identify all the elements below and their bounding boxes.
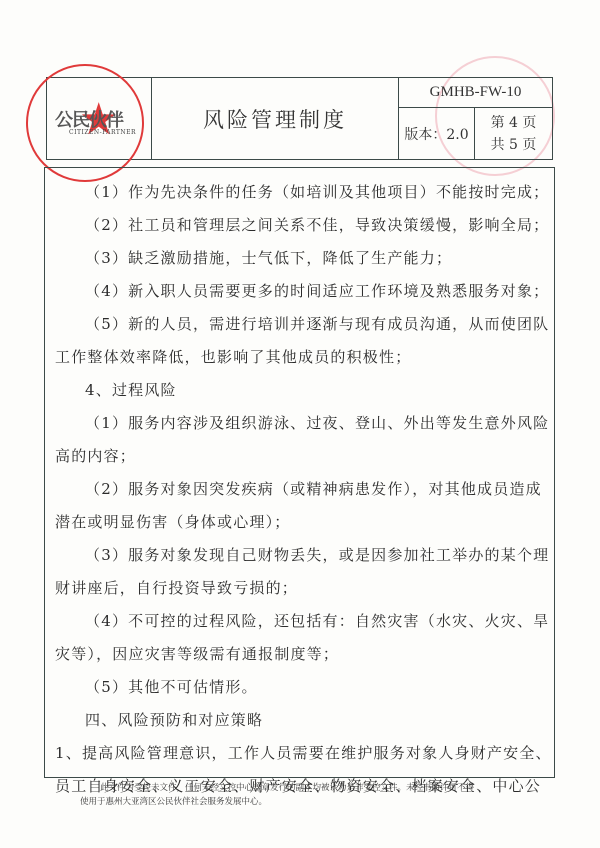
body-line: （3）缺乏激励措施，士气低下，降低了生产能力； [55,242,544,275]
body-line: 高的内容； [55,440,544,473]
official-seal-stamp [26,64,144,182]
body-line: （4）不可控的过程风险，还包括有：自然灾害（水灾、火灾、旱 [55,605,544,638]
body-line: （2）社工员和管理层之间关系不佳，导致决策缓慢，影响全局； [55,209,544,242]
body-line: （2）服务对象因突发疾病（或精神病患发作），对其他成员造成 [55,473,544,506]
document-code: GMHB-FW-10 [399,78,552,108]
document-title: 风险管理制度 [152,78,399,159]
body-line: （1）服务内容涉及组织游泳、过夜、登山、外出等发生意外风险 [55,407,544,440]
document-version: 版本：2.0 [399,108,475,159]
page-current: 第 4 页 [491,112,537,134]
footer-line-2: 使用于惠州大亚湾区公民伙伴社会服务发展中心。 [80,795,520,809]
body-line: （1）作为先决条件的任务（如培训及其他项目）不能按时完成； [55,176,544,209]
body-line: （5）新的人员，需进行培训并逐渐与现有成员沟通，从而使团队 [55,308,544,341]
body-line: 财讲座后，自行投资导致亏损的； [55,572,544,605]
body-line: （5）其他不可估情形。 [55,671,544,704]
body-line: 潜在或明显伤害（身体或心理）； [55,506,544,539]
body-line: （4）新入职人员需要更多的时间适应工作环境及熟悉服务对象； [55,275,544,308]
page-total: 共 5 页 [491,134,537,156]
body-line: 灾等），因应灾害等级需有通报制度等； [55,638,544,671]
body-line: （3）服务对象发现自己财物丢失，或是因参加社工举办的某个理 [55,539,544,572]
footer-line-1: 此文件为受控未文件，任何未经文控中心盖章发行的副本均被认为是非受控文件。未经书面… [80,781,520,795]
section-heading: 4、过程风险 [55,374,544,407]
page-info: 第 4 页 共 5 页 [475,108,552,159]
body-line: 1、提高风险管理意识，工作人员需要在维护服务对象人身财产安全、 [55,737,544,770]
body-line: 工作整体效率降低，也影响了其他成员的积极性； [55,341,544,374]
document-body: （1）作为先决条件的任务（如培训及其他项目）不能按时完成； （2）社工员和管理层… [44,167,555,778]
section-heading: 四、风险预防和对应策略 [55,704,544,737]
document-footer: 此文件为受控未文件，任何未经文控中心盖章发行的副本均被认为是非受控文件。未经书面… [80,781,520,809]
